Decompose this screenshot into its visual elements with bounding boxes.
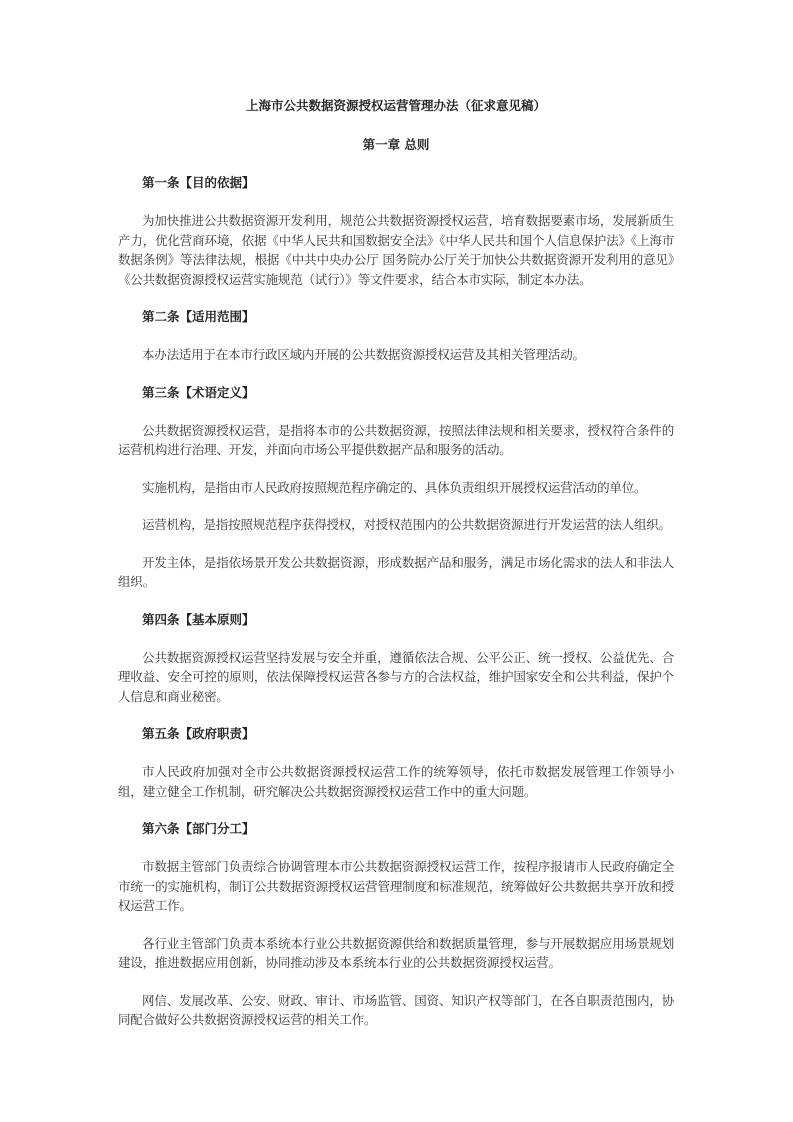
chapter-title: 第一章 总则 bbox=[118, 135, 674, 155]
article-3-paragraph-4: 开发主体，是指依场景开发公共数据资源，形成数据产品和服务，满足市场化需求的法人和… bbox=[118, 553, 674, 592]
article-4-paragraph-1: 公共数据资源授权运营坚持发展与安全并重，遵循依法合规、公平公正、统一授权、公益优… bbox=[118, 648, 674, 707]
article-heading-3: 第三条【术语定义】 bbox=[118, 383, 674, 402]
article-3-paragraph-2: 实施机构，是指由市人民政府按照规范程序确定的、具体负责组织开展授权运营活动的单位… bbox=[118, 478, 674, 498]
article-1-paragraph-1: 为加快推进公共数据资源开发利用，规范公共数据资源授权运营，培育数据要素市场，发展… bbox=[118, 211, 674, 289]
article-heading-1: 第一条【目的依据】 bbox=[118, 173, 674, 192]
article-6-paragraph-3: 网信、发展改革、公安、财政、审计、市场监管、国资、知识产权等部门，在各自职责范围… bbox=[118, 991, 674, 1030]
article-5-paragraph-1: 市人民政府加强对全市公共数据资源授权运营工作的统筹领导，依托市数据发展管理工作领… bbox=[118, 762, 674, 801]
article-heading-4: 第四条【基本原则】 bbox=[118, 610, 674, 629]
article-3-paragraph-3: 运营机构，是指按照规范程序获得授权，对授权范围内的公共数据资源进行开发运营的法人… bbox=[118, 515, 674, 535]
article-6-paragraph-2: 各行业主管部门负责本系统本行业公共数据资源供给和数据质量管理，参与开展数据应用场… bbox=[118, 934, 674, 973]
article-2-paragraph-1: 本办法适用于在本市行政区域内开展的公共数据资源授权运营及其相关管理活动。 bbox=[118, 345, 674, 365]
article-6-paragraph-1: 市数据主管部门负责综合协调管理本市公共数据资源授权运营工作，按程序报请市人民政府… bbox=[118, 857, 674, 916]
article-heading-6: 第六条【部门分工】 bbox=[118, 819, 674, 838]
document-page: 上海市公共数据资源授权运营管理办法（征求意见稿） 第一章 总则 第一条【目的依据… bbox=[118, 96, 674, 1048]
article-heading-5: 第五条【政府职责】 bbox=[118, 724, 674, 743]
article-heading-2: 第二条【适用范围】 bbox=[118, 307, 674, 326]
article-3-paragraph-1: 公共数据资源授权运营，是指将本市的公共数据资源，按照法律法规和相关要求，授权符合… bbox=[118, 421, 674, 460]
document-title: 上海市公共数据资源授权运营管理办法（征求意见稿） bbox=[118, 96, 674, 116]
